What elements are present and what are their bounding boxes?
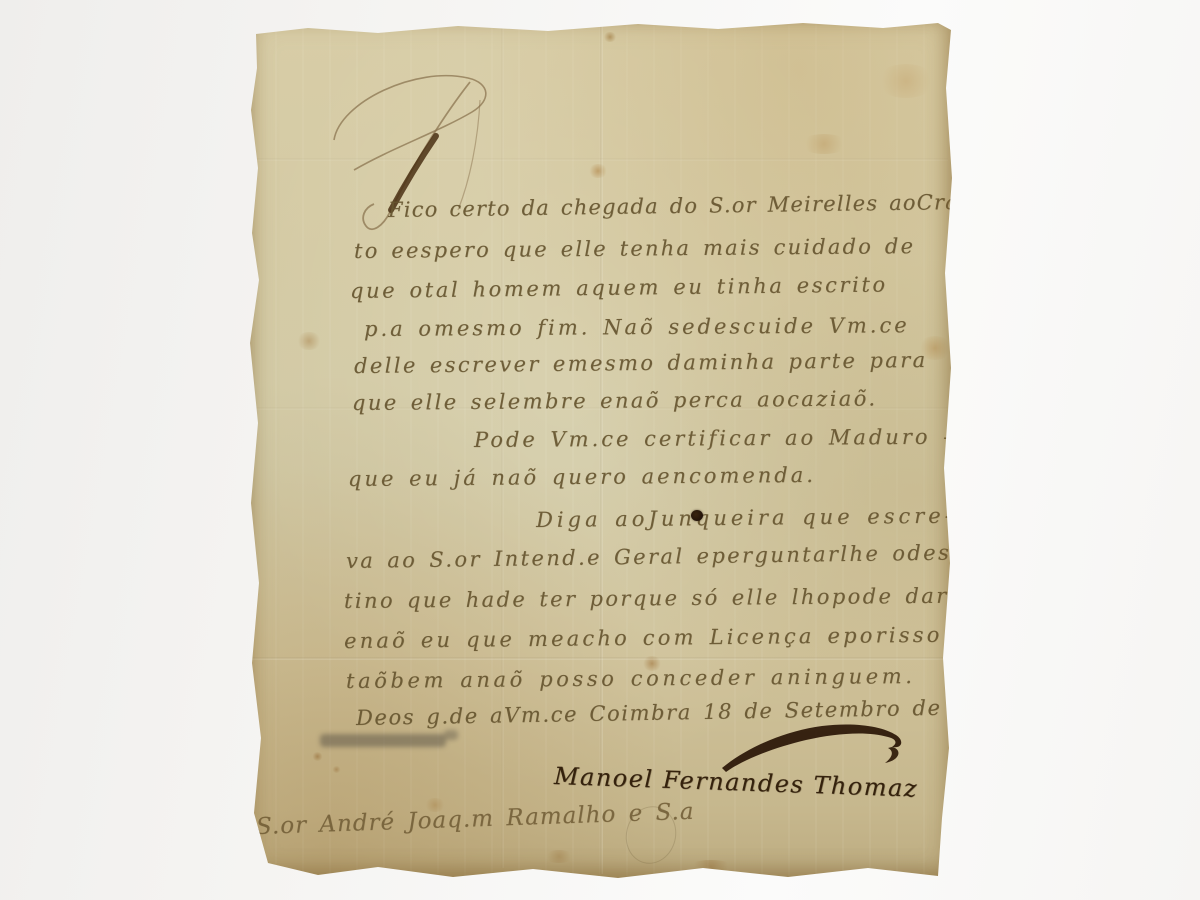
manuscript-line: Pode Vm.ce certificar ao Maduro —: [474, 425, 967, 452]
paper-stain: [603, 32, 617, 42]
manuscript-line: que elle selembre enaõ perca aocaziaõ.: [352, 386, 878, 415]
paper-stain: [800, 134, 848, 154]
paper-stain: [876, 64, 936, 98]
paper-stain: [588, 164, 608, 178]
manuscript-line: tino que hade ter porque só elle lhopode…: [344, 584, 949, 613]
manuscript-line: Diga aoJunqueira que escre-: [536, 504, 956, 532]
paper-stain: [544, 850, 574, 863]
paper-stain: [296, 332, 322, 350]
signature-flourish-icon: [718, 718, 908, 773]
ink-blot: [691, 510, 703, 521]
paper-stain: [332, 766, 341, 773]
manuscript-line: que otal homem aquem eu tinha escrito: [350, 272, 888, 303]
ink-smudge: [444, 730, 458, 740]
manuscript-line: que eu já naõ quero aencomenda.: [348, 463, 816, 491]
paper-stain: [312, 752, 323, 761]
manuscript-line: va ao S.or Intend.e Geral eperguntarlhe …: [346, 540, 961, 573]
fold-crease: [252, 657, 946, 660]
manuscript-line: p.a omesmo fim. Naõ sedescuide Vm.ce: [364, 313, 910, 341]
manuscript-paper: Fico certo da chegada do S.or Meirelles …: [248, 18, 954, 880]
ink-smudge: [320, 734, 446, 747]
manuscript-line: enaõ eu que meacho com Licença eporisso: [344, 623, 943, 653]
manuscript-line: Deos g.de aVm.ce Coimbra 18 de Setembro …: [356, 695, 1013, 730]
manuscript-line: taõbem anaõ posso conceder aninguem.: [346, 664, 916, 693]
manuscript-line: to eespero que elle tenha mais cuidado d…: [354, 234, 915, 263]
paper-stain: [688, 860, 734, 874]
manuscript-line: delle escrever emesmo daminha parte para: [354, 348, 928, 378]
photo-stage: Fico certo da chegada do S.or Meirelles …: [0, 0, 1200, 900]
